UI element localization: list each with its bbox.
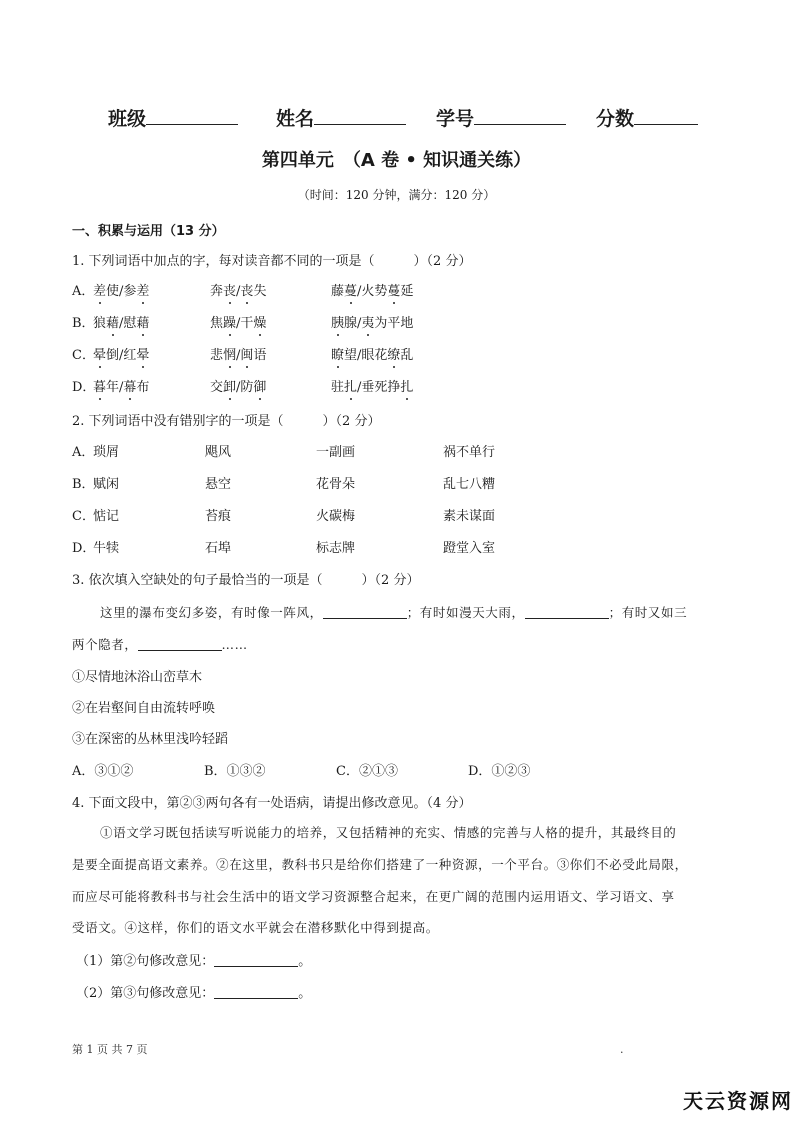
q1-option-a[interactable]: A． bbox=[72, 280, 94, 299]
q2-b-item-2: 悬空 bbox=[205, 473, 231, 492]
option-letter: B． bbox=[72, 316, 95, 331]
q2-b-item-1: 赋闲 bbox=[93, 473, 119, 492]
q1-b-item-1: 狼藉/慰藉 bbox=[93, 312, 149, 331]
page-number: 第 1 页 共 7 页 bbox=[72, 1041, 147, 1057]
q2-c-item-1: 惦记 bbox=[93, 505, 119, 524]
q3-option-c[interactable]: C．②①③ bbox=[336, 760, 398, 779]
q2-option-c[interactable]: C． bbox=[72, 505, 95, 524]
q2-d-item-2: 石埠 bbox=[205, 537, 231, 556]
q1-c-item-3: 瞭望/眼花缭乱 bbox=[331, 344, 413, 363]
q3-blank-2[interactable] bbox=[525, 606, 609, 619]
option-letter: A． bbox=[72, 284, 94, 299]
q2-c-item-3: 火碳梅 bbox=[316, 505, 355, 524]
q1-option-d[interactable]: D． bbox=[72, 376, 95, 395]
student-id-field[interactable]: 学号 bbox=[436, 104, 566, 131]
q1-a-item-1: 差使/参差 bbox=[93, 280, 149, 299]
q2-option-b[interactable]: B． bbox=[72, 473, 95, 492]
q1-a-item-2: 奔丧/丧失 bbox=[210, 280, 266, 299]
q2-a-item-2: 飓风 bbox=[205, 441, 231, 460]
q3-sentence-2: ②在岩壑间自由流转呼唤 bbox=[72, 697, 215, 716]
q4-passage-line-2: 是要全面提高语文素养。②在这里，教科书只是给你们搭建了一种资源，一个平台。③你们… bbox=[72, 855, 688, 873]
score-field[interactable]: 分数 bbox=[596, 104, 698, 131]
q3-sentence-1: ①尽情地沐浴山峦草木 bbox=[72, 666, 202, 685]
section-heading: 一、积累与运用（13 分） bbox=[72, 220, 225, 239]
page-subtitle: （时间：120 分钟，满分：120 分） bbox=[0, 186, 793, 203]
q3-sentence-3: ③在深密的丛林里浅吟轻蹈 bbox=[72, 728, 228, 747]
score-label: 分数 bbox=[596, 108, 634, 130]
q2-option-d[interactable]: D． bbox=[72, 537, 95, 556]
q1-c-item-1: 晕倒/红晕 bbox=[93, 344, 149, 363]
q3-passage-part-2: ；有时如漫天大雨， bbox=[407, 605, 525, 620]
q3-option-d[interactable]: D．①②③ bbox=[468, 760, 530, 779]
student-id-label: 学号 bbox=[436, 108, 474, 130]
question-1-stem: 1. 下列词语中加点的字，每对读音都不同的一项是（ ）（2 分） bbox=[72, 250, 471, 269]
q1-d-item-1: 暮年/幕布 bbox=[93, 376, 149, 395]
name-label: 姓名 bbox=[276, 108, 314, 130]
q3-blank-1[interactable] bbox=[323, 606, 407, 619]
watermark-logo: 天云资源网 bbox=[683, 1085, 793, 1114]
q2-d-item-4: 蹬堂入室 bbox=[443, 537, 495, 556]
q4-passage-line-1: ①语文学习既包括读写听说能力的培养，又包括精神的充实、情感的完善与人格的提升，其… bbox=[100, 823, 676, 841]
q2-option-a[interactable]: A． bbox=[72, 441, 94, 460]
q2-a-item-3: 一副画 bbox=[316, 441, 355, 460]
question-2-stem: 2. 下列词语中没有错别字的一项是（ ）（2 分） bbox=[72, 410, 380, 429]
q3-option-b[interactable]: B．①③② bbox=[204, 760, 266, 779]
q4-passage-line-3: 而应尽可能将教科书与社会生活中的语文学习资源整合起来，在更广阔的范围内运用语文、… bbox=[72, 887, 675, 905]
q4-sub-1-period: 。 bbox=[298, 954, 311, 969]
question-3-stem: 3. 依次填入空缺处的句子最恰当的一项是（ ）（2 分） bbox=[72, 569, 419, 588]
q3-option-a[interactable]: A．③①② bbox=[72, 760, 133, 779]
q2-c-item-4: 素未谋面 bbox=[443, 505, 495, 524]
q4-sub-2-answer-blank[interactable] bbox=[214, 986, 298, 999]
student-id-blank[interactable] bbox=[474, 123, 566, 125]
name-field[interactable]: 姓名 bbox=[276, 104, 406, 131]
class-field[interactable]: 班级 bbox=[108, 104, 238, 131]
q2-b-item-4: 乱七八糟 bbox=[443, 473, 495, 492]
class-label: 班级 bbox=[108, 108, 146, 130]
q1-a-item-3: 藤蔓/火势蔓延 bbox=[331, 280, 413, 299]
name-blank[interactable] bbox=[314, 123, 406, 125]
page-title: 第四单元 （A 卷 • 知识通关练） bbox=[0, 146, 793, 172]
q1-option-b[interactable]: B． bbox=[72, 312, 95, 331]
q1-option-c[interactable]: C． bbox=[72, 344, 95, 363]
q2-a-item-4: 祸不单行 bbox=[443, 441, 495, 460]
q3-passage-part-3: ；有时又如三 bbox=[609, 605, 688, 620]
q1-d-item-3: 驻扎/垂死挣扎 bbox=[331, 376, 413, 395]
q4-sub-2-label: （2）第③句修改意见： bbox=[76, 986, 214, 1001]
q1-c-item-2: 悲惘/闽语 bbox=[210, 344, 266, 363]
q3-passage-part-1: 这里的瀑布变幻多姿，有时像一阵风， bbox=[100, 605, 323, 620]
option-letter: D． bbox=[72, 380, 95, 395]
q1-d-item-2: 交卸/防御 bbox=[210, 376, 266, 395]
q3-passage-part-4: 两个隐者， bbox=[72, 637, 138, 652]
q2-a-item-1: 琐屑 bbox=[93, 441, 119, 460]
q4-sub-2: （2）第③句修改意见：。 bbox=[76, 982, 311, 1001]
q4-sub-1-answer-blank[interactable] bbox=[214, 954, 298, 967]
score-blank[interactable] bbox=[634, 123, 698, 125]
class-blank[interactable] bbox=[146, 123, 238, 125]
q4-sub-2-period: 。 bbox=[298, 986, 311, 1001]
q4-passage-line-4: 受语文。④这样，你们的语文水平就会在潜移默化中得到提高。 bbox=[72, 918, 439, 936]
q3-ellipsis: …… bbox=[222, 637, 248, 652]
q1-b-item-3: 胰腺/夷为平地 bbox=[331, 312, 413, 331]
q4-sub-1-label: （1）第②句修改意见： bbox=[76, 954, 214, 969]
q1-b-item-2: 焦躁/干燥 bbox=[210, 312, 266, 331]
q4-sub-1: （1）第②句修改意见：。 bbox=[76, 950, 311, 969]
option-letter: C． bbox=[72, 348, 95, 363]
footer-dot: . bbox=[620, 1043, 624, 1056]
q3-passage-line-2: 两个隐者，…… bbox=[72, 635, 248, 653]
q2-d-item-3: 标志牌 bbox=[316, 537, 355, 556]
question-4-stem: 4. 下面文段中，第②③两句各有一处语病，请提出修改意见。（4 分） bbox=[72, 792, 471, 811]
q2-d-item-1: 牛犊 bbox=[93, 537, 119, 556]
q3-blank-3[interactable] bbox=[138, 638, 222, 651]
q2-b-item-3: 花骨朵 bbox=[316, 473, 355, 492]
q2-c-item-2: 苔痕 bbox=[205, 505, 231, 524]
q3-passage-line-1: 这里的瀑布变幻多姿，有时像一阵风，；有时如漫天大雨，；有时又如三 bbox=[100, 603, 687, 621]
